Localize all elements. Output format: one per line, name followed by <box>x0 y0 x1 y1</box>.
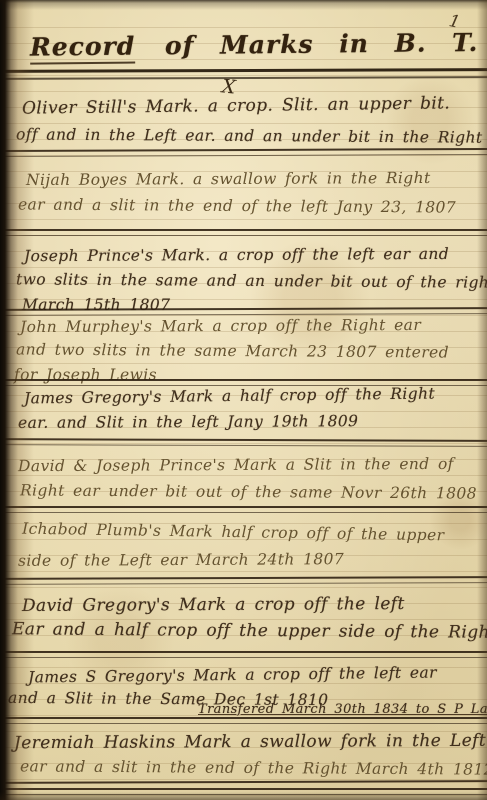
entry-line: ear. and Slit in the left Jany 19th 1809 <box>18 412 358 432</box>
page-title-rest: of Marks in B. T. S. <box>165 27 487 60</box>
divider-rule <box>0 717 487 724</box>
divider-rule <box>0 229 487 236</box>
entry-line: David & Joseph Prince's Mark a Slit in t… <box>18 455 454 475</box>
entry-line: side of the Left ear March 24th 1807 <box>18 550 344 570</box>
entry-line: Nijah Boyes Mark. a swallow fork in the … <box>26 169 431 189</box>
entry-line: ear and a slit in the end of the Right M… <box>20 757 487 778</box>
divider-rule <box>0 506 487 513</box>
page-title-lead: Record <box>30 32 136 65</box>
entry-line: Joseph Prince's Mark. a crop off the lef… <box>24 245 449 265</box>
entry-line: two slits in the same and an under bit o… <box>16 270 487 291</box>
book-binding-edge <box>0 0 34 800</box>
entry-line: John Murphey's Mark a crop off the Right… <box>20 316 421 336</box>
page-right-edge <box>477 0 487 800</box>
entry-line: Jeremiah Haskins Mark a swallow fork in … <box>14 731 486 753</box>
entry-line: Right ear under bit out of the same Novr… <box>20 481 477 502</box>
entry-line: Ear and a half crop off the upper side o… <box>12 619 487 642</box>
entry-line: David Gregory's Mark a crop off the left <box>22 594 405 616</box>
page-top-edge <box>0 0 487 10</box>
transfer-note: Transfered March 30th 1834 to S P Lampso… <box>198 702 487 717</box>
entry-line: off and in the Left ear. and an under bi… <box>16 125 483 146</box>
entry-line: ear and a slit in the end of the left Ja… <box>18 195 456 216</box>
page-title: Record of Marks in B. T. S. <box>30 27 487 61</box>
divider-rule <box>0 651 487 658</box>
entry-line: and two slits in the same March 23 1807 … <box>16 340 449 361</box>
page-bottom-edge <box>0 792 487 800</box>
title-divider-rule <box>0 68 487 80</box>
